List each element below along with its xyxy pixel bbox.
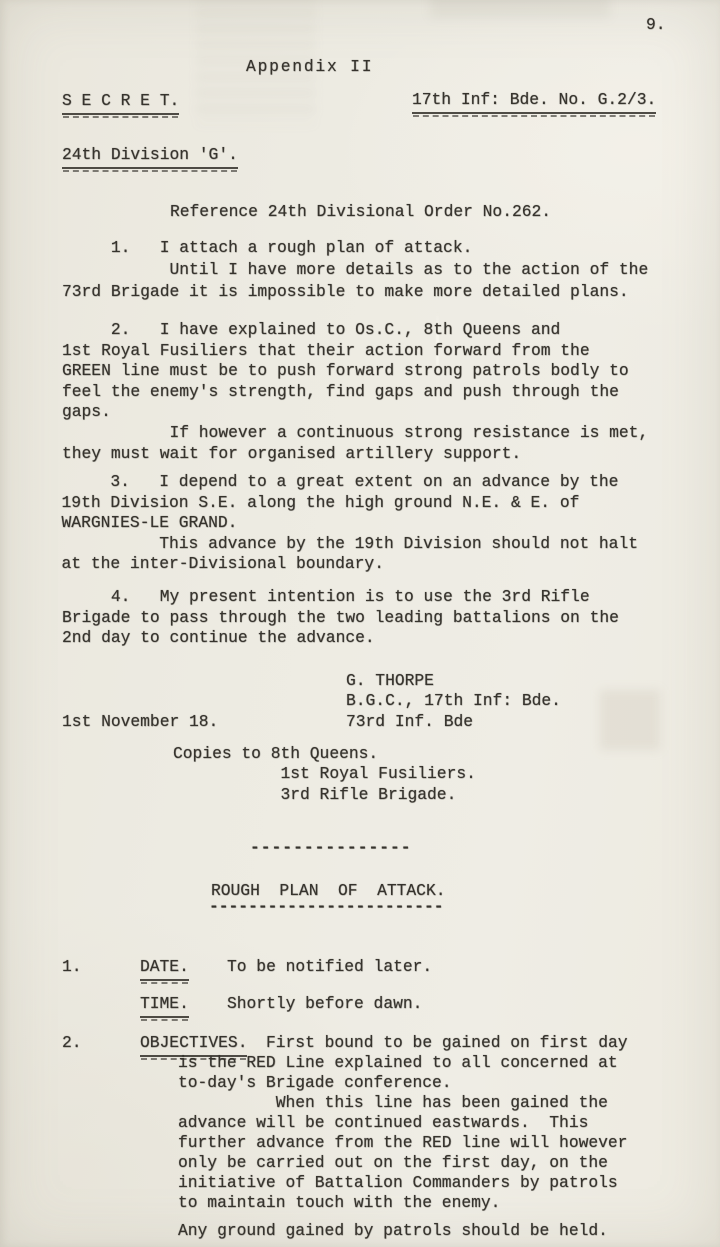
paragraph-2: 2. I have explained to Os.C., 8th Queens…: [62, 320, 648, 464]
bleed-through-smudge: [430, 0, 610, 18]
section-separator: ---------------: [250, 838, 412, 859]
classification-label: S E C R E T.: [62, 91, 179, 115]
time-label: TIME.: [140, 994, 189, 1018]
objectives-body: is the RED Line explained to all concern…: [178, 1053, 627, 1213]
time-value: Shortly before dawn.: [227, 994, 422, 1015]
appendix-title: Appendix II: [246, 57, 373, 78]
document-page: 9. Appendix II S E C R E T. 17th Inf: Bd…: [0, 0, 720, 1247]
date-row: DATE.: [140, 957, 189, 981]
paper-stain: [600, 690, 660, 750]
plan-title-underline: ------------------------: [209, 897, 444, 918]
objectives-first-line: First bound to be gained on first day: [266, 1033, 628, 1054]
order-reference-line: Reference 24th Divisional Order No.262.: [170, 202, 551, 223]
signature-block: G. THORPE B.G.C., 17th Inf: Bde. 73rd In…: [346, 671, 561, 732]
paragraph-1: 1. I attach a rough plan of attack. Unti…: [62, 237, 648, 303]
division-heading-text: 24th Division 'G'.: [62, 145, 238, 169]
plan-item-2-number: 2.: [62, 1033, 82, 1054]
date-value: To be notified later.: [227, 957, 432, 978]
division-heading: 24th Division 'G'.: [62, 145, 238, 169]
page-number: 9.: [646, 15, 666, 36]
copies-list: Copies to 8th Queens. 1st Royal Fusilier…: [173, 744, 476, 805]
time-row: TIME.: [140, 994, 189, 1018]
date-label: DATE.: [140, 957, 189, 981]
paragraph-3: 3. I depend to a great extent on an adva…: [42, 472, 638, 575]
plan-item-1-number: 1.: [62, 957, 82, 978]
classification-text: S E C R E T.: [62, 91, 179, 115]
objectives-closing-line: Any ground gained by patrols should be h…: [178, 1221, 608, 1242]
paragraph-4: 4. My present intention is to use the 3r…: [62, 587, 619, 649]
reference-number: 17th Inf: Bde. No. G.2/3.: [412, 90, 656, 114]
signature-date: 1st November 18.: [62, 712, 218, 733]
reference-number-text: 17th Inf: Bde. No. G.2/3.: [412, 90, 656, 114]
